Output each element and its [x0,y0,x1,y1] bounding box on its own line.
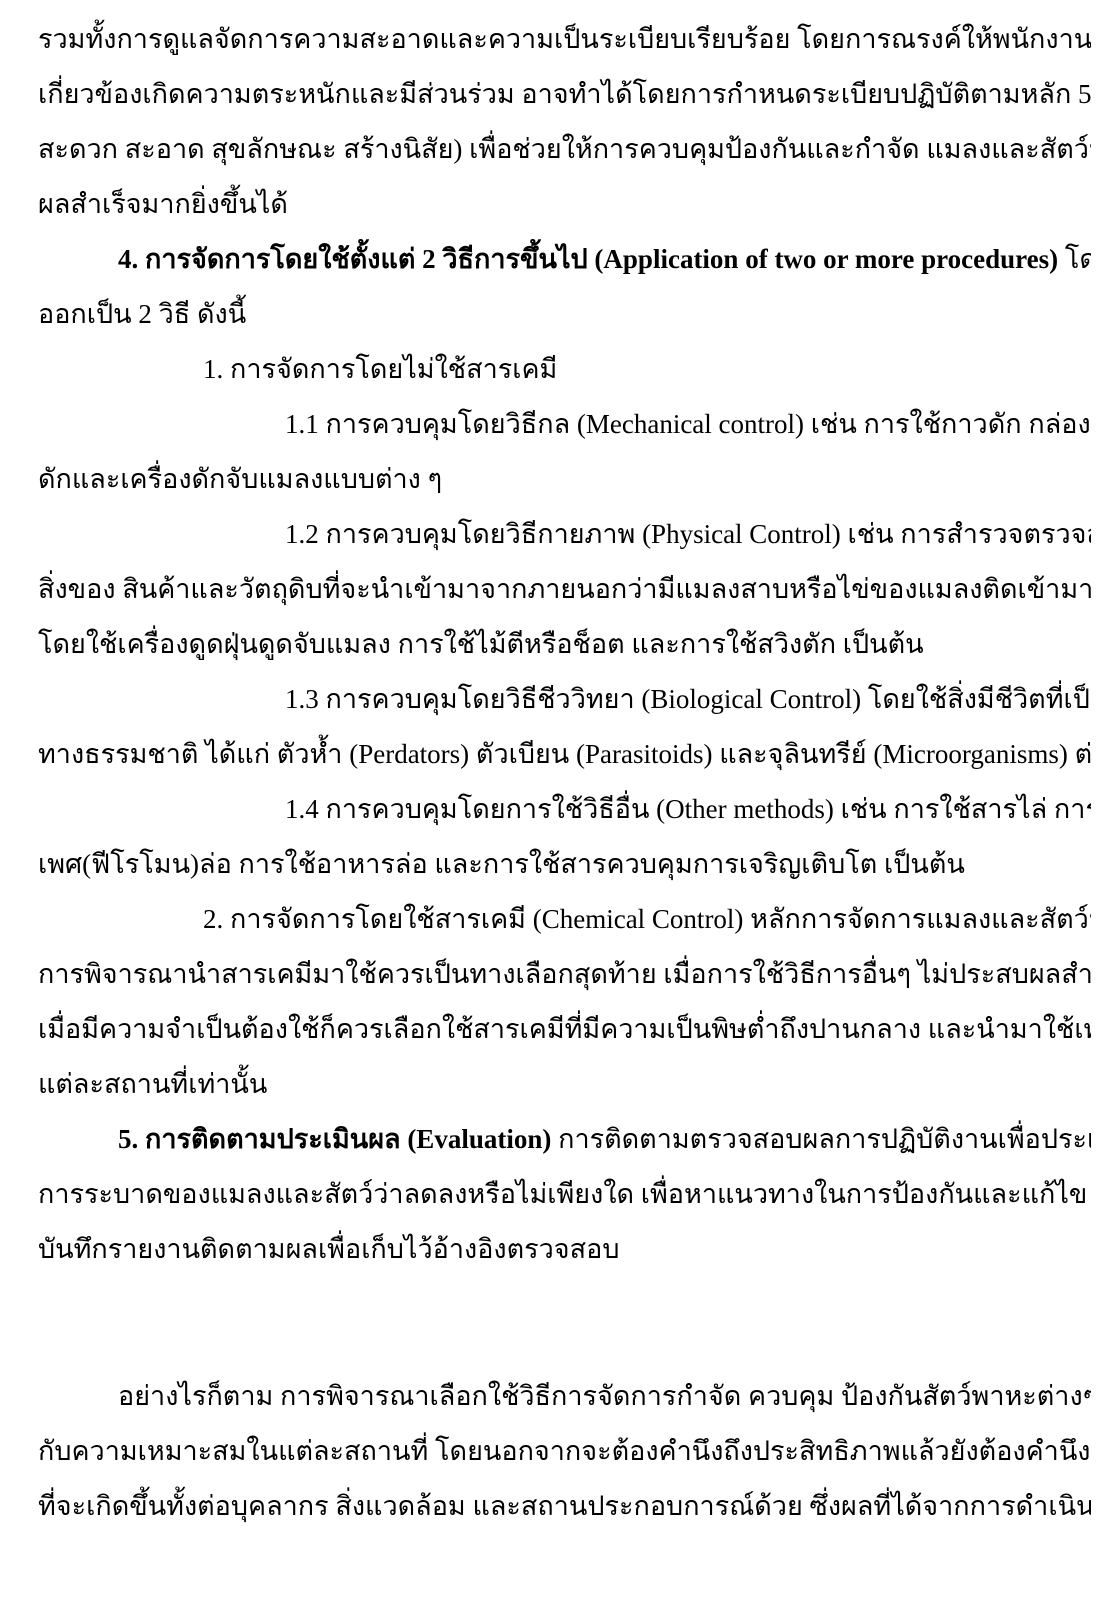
text-line: 4. การจัดการโดยใช้ตั้งแต่ 2 วิธีการขึ้นไ… [118,232,1091,287]
text-line: โดยใช้เครื่องดูดฝุ่นดูดจับแมลง การใช้ไม้… [38,617,1091,672]
text-segment: บันทึกรายงานติดตามผลเพื่อเก็บไว้อ้างอิงต… [38,1234,619,1264]
text-segment: ที่จะเกิดขึ้นทั้งต่อบุคลากร สิ่งแวดล้อม … [38,1491,1091,1521]
text-segment: เมื่อมีความจำเป็นต้องใช้ก็ควรเลือกใช้สาร… [38,1014,1091,1044]
text-line: ผลสำเร็จมากยิ่งขึ้นได้ [38,177,1091,232]
text-segment: โดยแบ่ง [1058,244,1091,274]
text-line: 1.3 การควบคุมโดยวิธีชีววิทยา (Biological… [285,672,1091,727]
text-line: 5. การติดตามประเมินผล (Evaluation) การติ… [118,1112,1091,1167]
text-line: สะดวก สะอาด สุขลักษณะ สร้างนิสัย) เพื่อช… [38,122,1091,177]
text-line: ทางธรรมชาติ ได้แก่ ตัวห้ำ (Perdators) ตั… [38,727,1091,782]
text-segment: 2. การจัดการโดยใช้สารเคมี (Chemical Cont… [203,904,1091,934]
text-line: เพศ(ฟีโรโมน)ล่อ การใช้อาหารล่อ และการใช้… [38,837,1091,892]
text-segment: โดยใช้เครื่องดูดฝุ่นดูดจับแมลง การใช้ไม้… [38,629,924,659]
text-line: 2. การจัดการโดยใช้สารเคมี (Chemical Cont… [203,892,1091,947]
text-segment: ผลสำเร็จมากยิ่งขึ้นได้ [38,189,288,219]
text-segment: เพศ(ฟีโรโมน)ล่อ การใช้อาหารล่อ และการใช้… [38,849,965,879]
text-line: เมื่อมีความจำเป็นต้องใช้ก็ควรเลือกใช้สาร… [38,1002,1091,1057]
text-segment: สะดวก สะอาด สุขลักษณะ สร้างนิสัย) เพื่อช… [38,134,1091,164]
text-line: เกี่ยวข้องเกิดความตระหนักและมีส่วนร่วม อ… [38,67,1091,122]
text-segment: ออกเป็น 2 วิธี ดังนี้ [38,299,246,329]
text-segment: 1.1 การควบคุมโดยวิธีกล (Mechanical contr… [285,409,1091,439]
text-line: รวมทั้งการดูแลจัดการความสะอาดและความเป็น… [38,12,1091,67]
text-line: การพิจารณานำสารเคมีมาใช้ควรเป็นทางเลือกส… [38,947,1091,1002]
text-segment: รวมทั้งการดูแลจัดการความสะอาดและความเป็น… [38,24,1091,54]
text-segment: แต่ละสถานที่เท่านั้น [38,1069,267,1099]
text-line: แต่ละสถานที่เท่านั้น [38,1057,1091,1112]
text-line: ดักและเครื่องดักจับแมลงแบบต่าง ๆ [38,452,1091,507]
text-line: บันทึกรายงานติดตามผลเพื่อเก็บไว้อ้างอิงต… [38,1222,1091,1277]
text-segment: เกี่ยวข้องเกิดความตระหนักและมีส่วนร่วม อ… [38,79,1091,109]
text-segment: ทางธรรมชาติ ได้แก่ ตัวห้ำ (Perdators) ตั… [38,739,1091,769]
text-line: สิ่งของ สินค้าและวัตถุดิบที่จะนำเข้ามาจา… [38,562,1091,617]
text-line: กับความเหมาะสมในแต่ละสถานที่ โดยนอกจากจะ… [38,1424,1091,1479]
text-segment: การระบาดของแมลงและสัตว์ว่าลดลงหรือไม่เพี… [38,1179,1091,1209]
text-segment: 1. การจัดการโดยไม่ใช้สารเคมี [203,354,557,384]
text-line: 1. การจัดการโดยไม่ใช้สารเคมี [203,342,1091,397]
text-line: 1.2 การควบคุมโดยวิธีกายภาพ (Physical Con… [285,507,1091,562]
document-page: รวมทั้งการดูแลจัดการความสะอาดและความเป็น… [0,0,1109,1600]
text-segment: 1.4 การควบคุมโดยการใช้วิธีอื่น (Other me… [285,794,1091,824]
text-segment: 1.3 การควบคุมโดยวิธีชีววิทยา (Biological… [285,684,1091,714]
text-segment: ดักและเครื่องดักจับแมลงแบบต่าง ๆ [38,464,442,494]
text-segment: 5. การติดตามประเมินผล (Evaluation) [118,1124,551,1154]
text-line: 1.1 การควบคุมโดยวิธีกล (Mechanical contr… [285,397,1091,452]
text-line: การระบาดของแมลงและสัตว์ว่าลดลงหรือไม่เพี… [38,1167,1091,1222]
text-segment: อย่างไรก็ตาม การพิจารณาเลือกใช้วิธีการจั… [118,1381,1091,1411]
text-segment: กับความเหมาะสมในแต่ละสถานที่ โดยนอกจากจะ… [38,1436,1091,1466]
text-segment: การพิจารณานำสารเคมีมาใช้ควรเป็นทางเลือกส… [38,959,1091,989]
blank-line [38,1277,1091,1369]
text-segment: สิ่งของ สินค้าและวัตถุดิบที่จะนำเข้ามาจา… [38,574,1091,604]
text-line: อย่างไรก็ตาม การพิจารณาเลือกใช้วิธีการจั… [118,1369,1091,1424]
text-line: 1.4 การควบคุมโดยการใช้วิธีอื่น (Other me… [285,782,1091,837]
text-line: ออกเป็น 2 วิธี ดังนี้ [38,287,1091,342]
text-segment: การติดตามตรวจสอบผลการปฏิบัติงานเพื่อประเ… [551,1124,1091,1154]
text-segment: 1.2 การควบคุมโดยวิธีกายภาพ (Physical Con… [285,519,1091,549]
text-segment: 4. การจัดการโดยใช้ตั้งแต่ 2 วิธีการขึ้นไ… [118,244,1058,274]
text-line: ที่จะเกิดขึ้นทั้งต่อบุคลากร สิ่งแวดล้อม … [38,1479,1091,1534]
document-body: รวมทั้งการดูแลจัดการความสะอาดและความเป็น… [0,12,1091,1534]
